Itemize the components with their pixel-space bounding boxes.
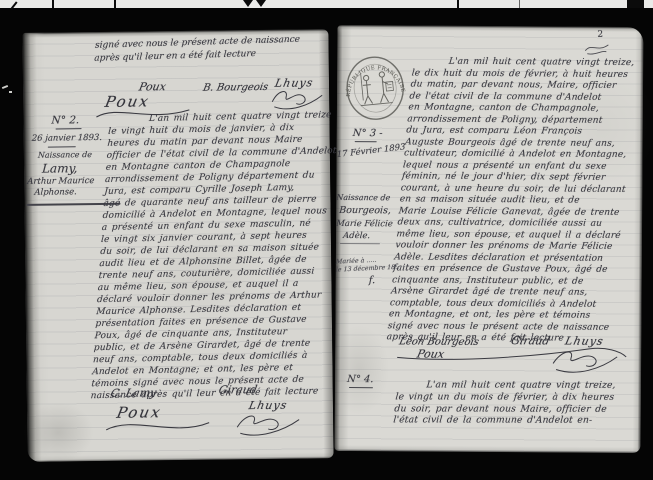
paper-stain [329,325,390,415]
signature: Léon Bourgeois [398,336,480,348]
film-mark [52,0,54,8]
film-scratch [2,85,8,89]
margin-birth-label: Naissance de [336,193,391,202]
register-right-page: 2 RÉPUBLIQUE FRANÇAISE N° 3 [335,25,644,453]
margin-act-number: N° 4. [347,374,374,385]
margin-birth-label: Naissance de [38,150,93,160]
margin-surname: Bourgeois, [339,205,392,216]
margin-act-number: N° 3 - [352,128,383,139]
signature: Poux [103,92,151,111]
signature: Giraud [510,334,551,347]
republique-francaise-stamp: RÉPUBLIQUE FRANÇAISE [339,47,412,127]
signature-flourish [233,410,303,437]
signature: Lhuys [248,399,289,413]
signature: Poux [115,403,163,422]
margin-underline [340,243,380,244]
signature-flourish [269,87,325,110]
act-3-text: L'an mil huit cent quatre vingt treize, … [386,56,639,345]
margin-given-names: Marie Félicie [336,219,393,229]
signature: Lhuys [564,335,605,348]
margin-given-names: Arthur Maurice [27,176,95,187]
page-number: 2 [597,30,603,40]
margin-given-names: Alphonse. [34,187,77,198]
marginal-mention-paraph: f. [369,275,376,286]
film-triangle-mark [256,0,266,7]
margin-underline [56,128,82,130]
margin-surname: Lamy, [42,161,78,175]
act-4-text: L'an mil huit cent quatre vingt treize, … [393,379,629,427]
svg-text:RÉPUBLIQUE FRANÇAISE: RÉPUBLIQUE FRANÇAISE [342,62,406,98]
margin-underline [349,387,373,388]
margin-date: 26 janvier 1893. [31,133,102,144]
signature-flourish [549,346,621,375]
margin-underline [355,141,377,142]
margin-underline [48,146,76,148]
register-left-page: signé avec nous le présent acte de naiss… [22,29,333,462]
film-mark [519,0,520,8]
signature: B. Bourgeois [202,82,269,94]
margin-act-number: N° 2. [51,114,79,126]
film-strip [0,0,653,8]
previous-act-closing-text: signé avec nous le présent acte de naiss… [94,34,300,65]
act-2-text: L'an mil huit cent quatre vingt treize l… [90,109,327,402]
marginal-mention: Mariée à ..... le 13 décembre 18.. [336,256,400,274]
film-triangle-mark [243,0,253,7]
page-number-paraph [583,42,611,56]
film-mark [627,0,644,8]
signature: C. Lamy [109,386,157,400]
paper-stain [23,402,94,463]
signature: Poux [416,348,446,361]
film-scratch [9,91,12,93]
film-mark [457,0,459,8]
margin-given-names: Adèle. [343,231,371,241]
microfilm-frame: signé avec nous le présent acte de naiss… [0,0,653,480]
film-mark [114,0,116,8]
signature: Giraud [217,383,258,397]
margin-date: 17 Février 1893 [337,142,406,160]
film-mark [10,1,17,9]
signature: Lhuys [274,76,315,90]
stamp-figures [358,71,395,106]
